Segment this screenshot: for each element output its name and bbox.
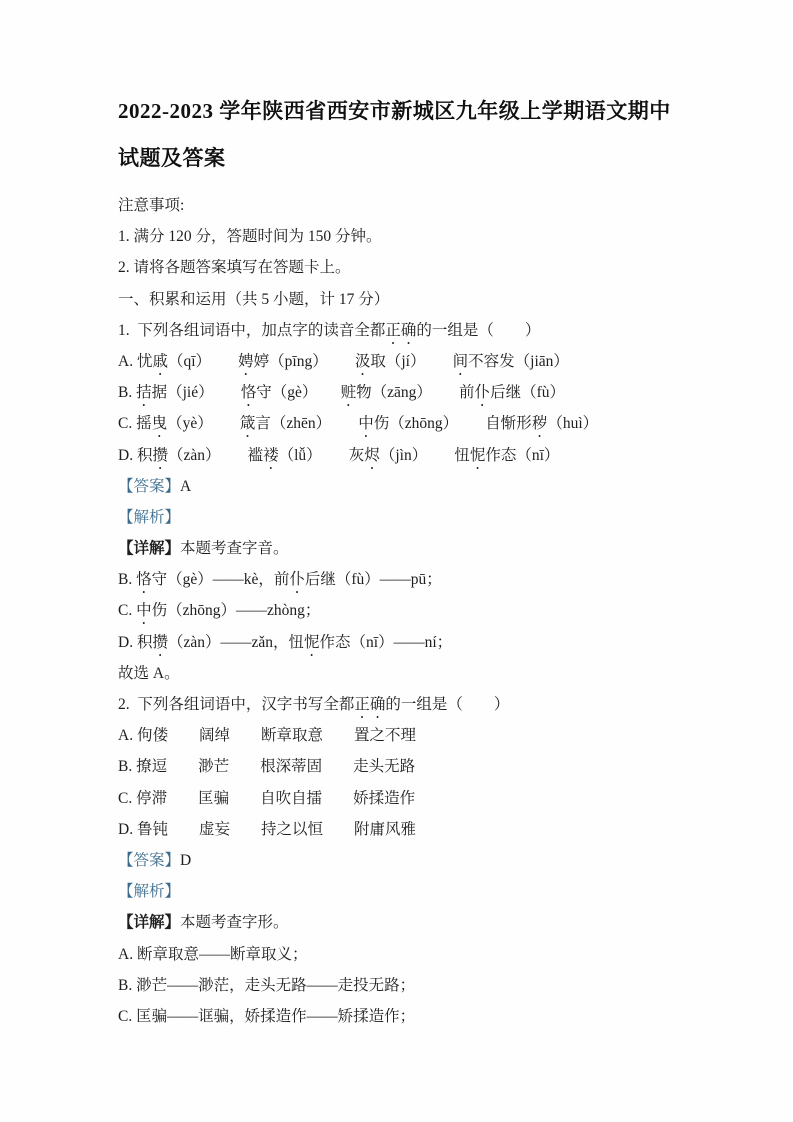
document-title-line-1: 2022-2023 学年陕西省西安市新城区九年级上学期语文期中 xyxy=(118,88,683,135)
question-1-analysis-line: 【解析】 xyxy=(118,502,683,533)
text-segment: 守（gè）——kè，前 xyxy=(152,571,290,588)
detail-text: 本题考查字形。 xyxy=(180,914,289,931)
text-segment: B. xyxy=(118,384,136,401)
question-1-stem: 1. 下列各组词语中，加点字的读音全都正确的一组是（ ） xyxy=(118,315,683,346)
question-2-answer-line: 【答案】D xyxy=(118,845,683,876)
text-segment: （zàn） 褴 xyxy=(168,447,263,464)
text-segment: C. 摇 xyxy=(118,415,152,432)
emphasized-character: 戚 xyxy=(152,353,168,370)
text-segment: 取（jí） xyxy=(370,353,452,370)
text-segment: （yè） xyxy=(167,415,240,432)
analysis-label: 【解析】 xyxy=(118,883,180,900)
text-segment: （jìn） 忸 xyxy=(380,447,470,464)
emphasized-character: 仆 xyxy=(289,571,305,588)
emphasized-character: 正确 xyxy=(354,696,385,713)
question-1-explain-b: B. 恪守（gè）——kè，前仆后继（fù）——pū； xyxy=(118,564,683,595)
emphasized-character: 仆 xyxy=(475,384,491,401)
answer-label: 【答案】 xyxy=(118,852,180,869)
text-segment: 的一组是（ ） xyxy=(416,322,540,339)
question-2-stem: 2. 下列各组词语中，汉字书写全都正确的一组是（ ） xyxy=(118,689,683,720)
text-segment: 的一组是（ ） xyxy=(385,696,509,713)
text-segment: 1. 下列各组词语中，加点字的读音全都 xyxy=(118,322,385,339)
notice-heading: 注意事项: xyxy=(118,190,683,221)
answer-value: A xyxy=(180,478,191,495)
question-1-detail-line: 【详解】本题考查字音。 xyxy=(118,533,683,564)
text-segment: B. xyxy=(118,571,136,588)
emphasized-character: 褛 xyxy=(263,447,279,464)
notice-item-2: 2. 请将各题答案填写在答题卡上。 xyxy=(118,252,683,283)
exam-document-page: 2022-2023 学年陕西省西安市新城区九年级上学期语文期中 试题及答案 注意… xyxy=(0,0,793,1122)
question-2-explain-c: C. 匡骗——诓骗，娇揉造作——矫揉造作； xyxy=(118,1001,683,1032)
text-segment: D. 积 xyxy=(118,634,152,651)
emphasized-character: 正确 xyxy=(385,322,416,339)
text-segment: （qī） xyxy=(168,353,238,370)
text-segment: 作态（nī） xyxy=(485,447,559,464)
question-2-option-c: C. 停滞 匡骗 自吹自擂 娇揉造作 xyxy=(118,783,683,814)
analysis-label: 【解析】 xyxy=(118,509,180,526)
emphasized-character: 怩 xyxy=(304,634,320,651)
emphasized-character: 恪 xyxy=(136,571,152,588)
question-2-option-d: D. 鲁钝 虚妄 持之以恒 附庸风雅 xyxy=(118,814,683,845)
question-2-option-b: B. 撩逗 渺芒 根深蒂固 走头无路 xyxy=(118,751,683,782)
question-1-option-b: B. 拮据（jié） 恪守（gè） 赃物（zāng） 前仆后继（fù） xyxy=(118,377,683,408)
notice-item-1: 1. 满分 120 分，答题时间为 150 分钟。 xyxy=(118,221,683,252)
text-segment: 2. 下列各组词语中，汉字书写全都 xyxy=(118,696,354,713)
text-segment: 守（gè） xyxy=(256,384,340,401)
detail-text: 本题考查字音。 xyxy=(180,540,289,557)
question-1-option-d: D. 积攒（zàn） 褴褛（lǚ） 灰烬（jìn） 忸怩作态（nī） xyxy=(118,440,683,471)
question-2-option-a: A. 佝偻 阔绰 断章取意 置之不理 xyxy=(118,720,683,751)
emphasized-character: 攒 xyxy=(152,634,168,651)
text-segment: 据（jié） xyxy=(152,384,241,401)
title-spacer xyxy=(118,182,683,190)
emphasized-character: 攒 xyxy=(152,447,168,464)
text-segment: A. 忧 xyxy=(118,353,152,370)
text-segment: 物（zāng） 前 xyxy=(356,384,474,401)
question-2-detail-line: 【详解】本题考查字形。 xyxy=(118,907,683,938)
text-segment: 后继（fù） xyxy=(490,384,565,401)
emphasized-character: 烬 xyxy=(364,447,380,464)
detail-label: 【详解】 xyxy=(118,540,180,557)
question-1-explain-d: D. 积攒（zàn）——zǎn，忸怩作态（nī）——ní； xyxy=(118,627,683,658)
text-segment: （huì） xyxy=(547,415,598,432)
question-2-explain-b: B. 渺芒——渺茫，走头无路——走投无路； xyxy=(118,970,683,1001)
emphasized-character: 拮 xyxy=(136,384,152,401)
text-segment: （lǚ） 灰 xyxy=(279,447,365,464)
emphasized-character: 赃 xyxy=(341,384,357,401)
emphasized-character: 怩 xyxy=(470,447,486,464)
document-title-line-2: 试题及答案 xyxy=(118,135,683,182)
emphasized-character: 娉 xyxy=(238,353,254,370)
emphasized-character: 中 xyxy=(136,602,152,619)
text-segment: 言（zhēn） xyxy=(255,415,358,432)
detail-label: 【详解】 xyxy=(118,914,180,931)
text-segment: 后继（fù）——pū； xyxy=(305,571,442,588)
text-segment: C. xyxy=(118,602,136,619)
question-1-option-a: A. 忧戚（qī） 娉婷（pīng） 汲取（jí） 间不容发（jiān） xyxy=(118,346,683,377)
emphasized-character: 中 xyxy=(358,415,374,432)
question-1-option-c: C. 摇曳（yè） 箴言（zhēn） 中伤（zhōng） 自惭形秽（huì） xyxy=(118,408,683,439)
section-1-heading: 一、积累和运用（共 5 小题，计 17 分） xyxy=(118,284,683,315)
emphasized-character: 恪 xyxy=(241,384,257,401)
question-1-answer-line: 【答案】A xyxy=(118,471,683,502)
text-segment: 伤（zhōng）——zhòng； xyxy=(152,602,321,619)
emphasized-character: 秽 xyxy=(532,415,548,432)
text-segment: 婷（pīng） xyxy=(254,353,355,370)
text-segment: 伤（zhōng） 自惭形 xyxy=(374,415,532,432)
text-segment: 作态（nī）——ní； xyxy=(320,634,453,651)
text-segment: 不容发（jiān） xyxy=(468,353,569,370)
question-1-conclusion: 故选 A。 xyxy=(118,658,683,689)
question-2-analysis-line: 【解析】 xyxy=(118,876,683,907)
text-segment: D. 积 xyxy=(118,447,152,464)
emphasized-character: 曳 xyxy=(152,415,168,432)
emphasized-character: 汲 xyxy=(355,353,371,370)
answer-value: D xyxy=(180,852,191,869)
text-segment: （zàn）——zǎn，忸 xyxy=(168,634,304,651)
answer-label: 【答案】 xyxy=(118,478,180,495)
emphasized-character: 箴 xyxy=(240,415,256,432)
emphasized-character: 间 xyxy=(453,353,469,370)
question-1-explain-c: C. 中伤（zhōng）——zhòng； xyxy=(118,595,683,626)
question-2-explain-a: A. 断章取意——断章取义； xyxy=(118,939,683,970)
